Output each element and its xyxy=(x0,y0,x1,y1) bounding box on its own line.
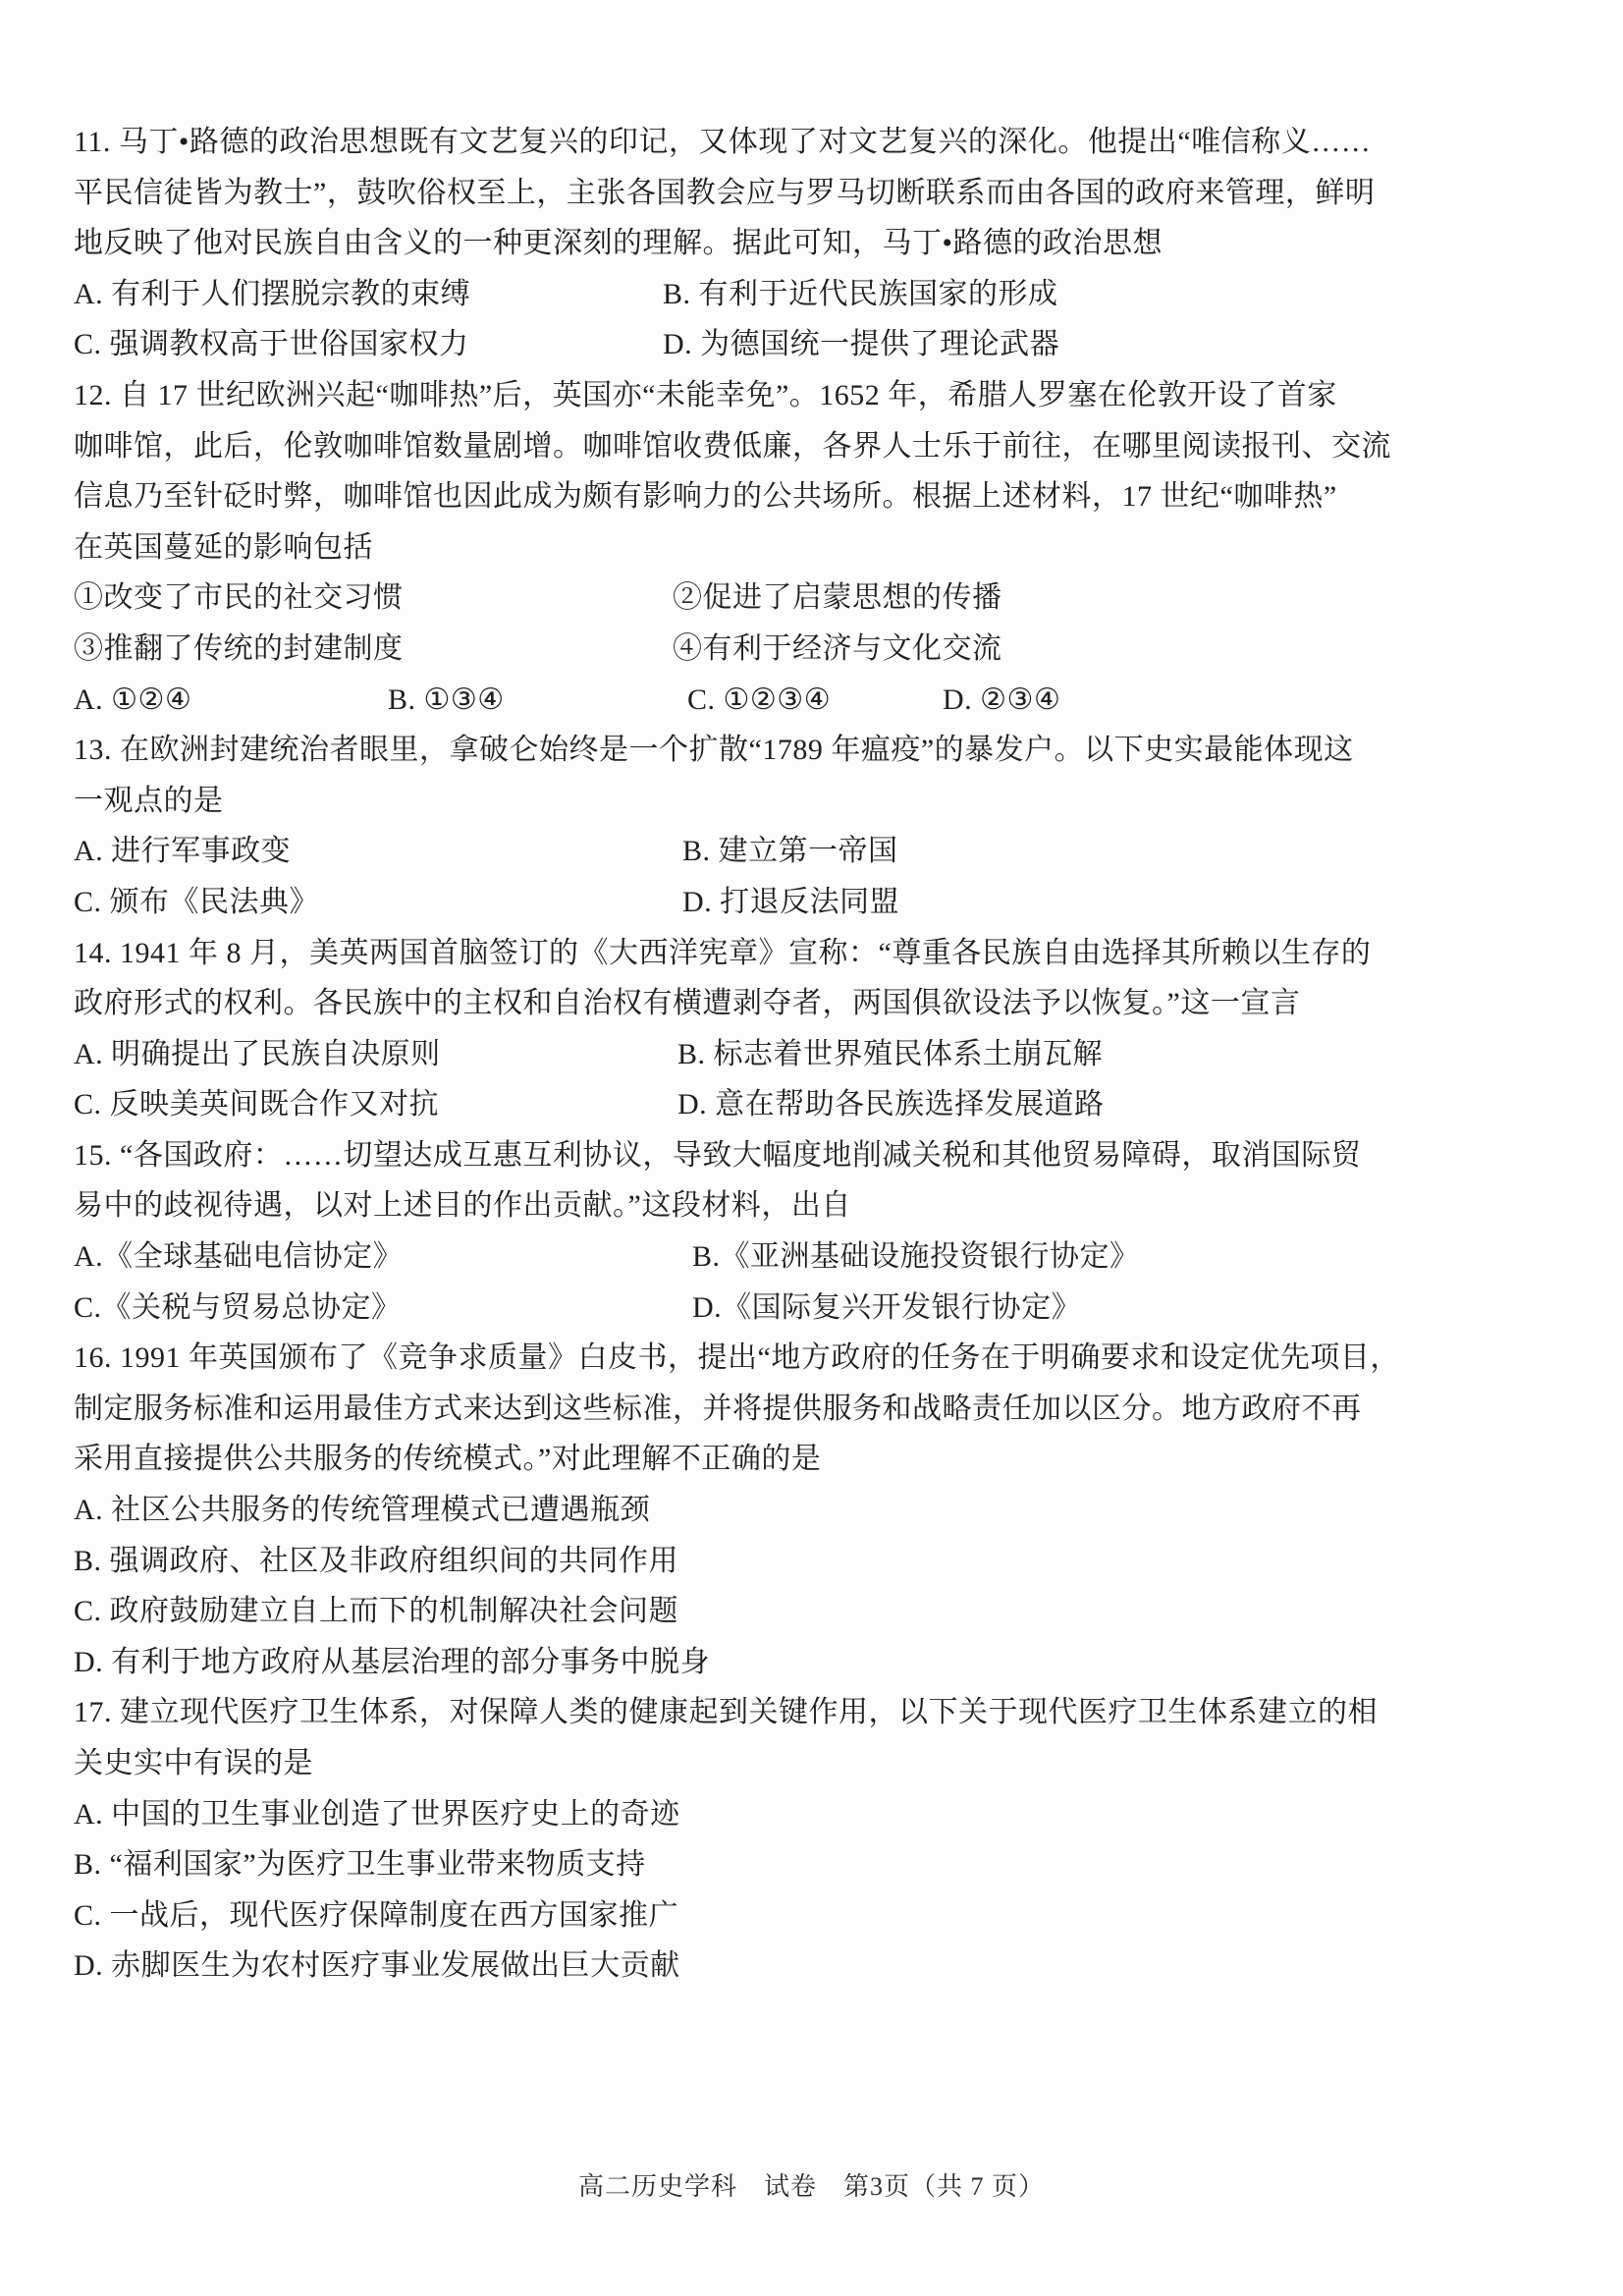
q12-answer-a: A. ①②④ xyxy=(74,675,388,726)
exam-content: 11. 马丁•路德的政治思想既有文艺复兴的印记，又体现了对文艺复兴的深化。他提出… xyxy=(74,117,1558,1992)
q13-options-row-2: C. 颁布《民法典》D. 打退反法同盟 xyxy=(74,877,1558,928)
q12-items-row-1: ①改变了市民的社交习惯②促进了启蒙思想的传播 xyxy=(74,573,1558,624)
q15-options-row-2: C.《关税与贸易总协定》D.《国际复兴开发银行协定》 xyxy=(74,1283,1558,1334)
q15-option-a: A.《全球基础电信协定》 xyxy=(74,1231,692,1283)
q11-option-c: C. 强调教权高于世俗国家权力 xyxy=(74,319,663,370)
q13-option-b: B. 建立第一帝国 xyxy=(682,835,898,867)
question-13: 13. 在欧洲封建统治者眼里，拿破仑始终是一个扩散“1789 年瘟疫”的暴发户。… xyxy=(74,725,1558,927)
exam-page: 11. 马丁•路德的政治思想既有文艺复兴的印记，又体现了对文艺复兴的深化。他提出… xyxy=(0,0,1623,2296)
q14-options-row-2: C. 反映美英间既合作又对抗D. 意在帮助各民族选择发展道路 xyxy=(74,1079,1558,1130)
q17-option-d: D. 赤脚医生为农村医疗事业发展做出巨大贡献 xyxy=(74,1941,1558,1992)
q16-option-a: A. 社区公共服务的传统管理模式已遭遇瓶颈 xyxy=(74,1485,1558,1536)
q14-option-d: D. 意在帮助各民族选择发展道路 xyxy=(677,1088,1105,1121)
q13-stem-line-2: 一观点的是 xyxy=(74,776,1558,827)
q16-option-c: C. 政府鼓励建立自上而下的机制解决社会问题 xyxy=(74,1586,1558,1637)
q13-options-row-1: A. 进行军事政变B. 建立第一帝国 xyxy=(74,826,1558,877)
q11-options-row-1: A. 有利于人们摆脱宗教的束缚B. 有利于近代民族国家的形成 xyxy=(74,269,1558,320)
q17-stem-line-1: 17. 建立现代医疗卫生体系，对保障人类的健康起到关键作用，以下关于现代医疗卫生… xyxy=(74,1687,1558,1738)
q14-options-row-1: A. 明确提出了民族自决原则B. 标志着世界殖民体系土崩瓦解 xyxy=(74,1029,1558,1080)
q16-option-d: D. 有利于地方政府从基层治理的部分事务中脱身 xyxy=(74,1637,1558,1688)
q15-options-row-1: A.《全球基础电信协定》B.《亚洲基础设施投资银行协定》 xyxy=(74,1231,1558,1283)
q17-option-b: B. “福利国家”为医疗卫生事业带来物质支持 xyxy=(74,1839,1558,1890)
q12-item-3: ③推翻了传统的封建制度 xyxy=(74,624,673,675)
question-12: 12. 自 17 世纪欧洲兴起“咖啡热”后，英国亦“未能幸免”。1652 年，希… xyxy=(74,370,1558,725)
question-11: 11. 马丁•路德的政治思想既有文艺复兴的印记，又体现了对文艺复兴的深化。他提出… xyxy=(74,117,1558,370)
q17-option-c: C. 一战后，现代医疗保障制度在西方国家推广 xyxy=(74,1890,1558,1941)
q14-option-b: B. 标志着世界殖民体系土崩瓦解 xyxy=(677,1038,1103,1070)
q12-item-4: ④有利于经济与文化交流 xyxy=(673,632,1002,665)
q12-item-1: ①改变了市民的社交习惯 xyxy=(74,573,673,624)
q14-option-c: C. 反映美英间既合作又对抗 xyxy=(74,1079,677,1130)
question-16: 16. 1991 年英国颁布了《竞争求质量》白皮书，提出“地方政府的任务在于明确… xyxy=(74,1333,1558,1687)
q12-stem-line-2: 咖啡馆，此后，伦敦咖啡馆数量剧增。咖啡馆收费低廉，各界人士乐于前往，在哪里阅读报… xyxy=(74,421,1558,472)
question-15: 15. “各国政府：……切望达成互惠互利协议，导致大幅度地削减关税和其他贸易障碍… xyxy=(74,1130,1558,1333)
q16-stem-line-3: 采用直接提供公共服务的传统模式。”对此理解不正确的是 xyxy=(74,1434,1558,1485)
q13-option-c: C. 颁布《民法典》 xyxy=(74,877,682,928)
q12-item-2: ②促进了启蒙思想的传播 xyxy=(673,581,1002,614)
q15-stem-line-1: 15. “各国政府：……切望达成互惠互利协议，导致大幅度地削减关税和其他贸易障碍… xyxy=(74,1130,1558,1181)
question-17: 17. 建立现代医疗卫生体系，对保障人类的健康起到关键作用，以下关于现代医疗卫生… xyxy=(74,1687,1558,1992)
q13-option-d: D. 打退反法同盟 xyxy=(682,886,899,918)
q14-option-a: A. 明确提出了民族自决原则 xyxy=(74,1029,677,1080)
q11-option-a: A. 有利于人们摆脱宗教的束缚 xyxy=(74,269,663,320)
q12-stem-line-1: 12. 自 17 世纪欧洲兴起“咖啡热”后，英国亦“未能幸免”。1652 年，希… xyxy=(74,370,1558,421)
q15-option-b: B.《亚洲基础设施投资银行协定》 xyxy=(692,1240,1140,1273)
q16-stem-line-2: 制定服务标准和运用最佳方式来达到这些标准，并将提供服务和战略责任加以区分。地方政… xyxy=(74,1384,1558,1435)
q11-option-d: D. 为德国统一提供了理论武器 xyxy=(663,328,1059,360)
q12-answers-row: A. ①②④B. ①③④C. ①②③④D. ②③④ xyxy=(74,675,1558,726)
page-footer: 高二历史学科 试卷 第3页（共 7 页） xyxy=(0,2162,1623,2212)
q11-stem-line-2: 平民信徒皆为教士”，鼓吹俗权至上，主张各国教会应与罗马切断联系而由各国的政府来管… xyxy=(74,168,1558,219)
q11-options-row-2: C. 强调教权高于世俗国家权力D. 为德国统一提供了理论武器 xyxy=(74,319,1558,370)
q15-stem-line-2: 易中的歧视待遇，以对上述目的作出贡献。”这段材料，出自 xyxy=(74,1180,1558,1231)
q12-stem-line-3: 信息乃至针砭时弊，咖啡馆也因此成为颇有影响力的公共场所。根据上述材料，17 世纪… xyxy=(74,471,1558,522)
q17-option-a: A. 中国的卫生事业创造了世界医疗史上的奇迹 xyxy=(74,1789,1558,1840)
q16-stem-line-1: 16. 1991 年英国颁布了《竞争求质量》白皮书，提出“地方政府的任务在于明确… xyxy=(74,1333,1558,1384)
q13-option-a: A. 进行军事政变 xyxy=(74,826,682,877)
q16-option-b: B. 强调政府、社区及非政府组织间的共同作用 xyxy=(74,1536,1558,1587)
q14-stem-line-2: 政府形式的权利。各民族中的主权和自治权有横遭剥夺者，两国俱欲设法予以恢复。”这一… xyxy=(74,978,1558,1029)
q12-answer-d: D. ②③④ xyxy=(943,683,1060,716)
q17-stem-line-2: 关史实中有误的是 xyxy=(74,1738,1558,1789)
q13-stem-line-1: 13. 在欧洲封建统治者眼里，拿破仑始终是一个扩散“1789 年瘟疫”的暴发户。… xyxy=(74,725,1558,776)
q15-option-d: D.《国际复兴开发银行协定》 xyxy=(692,1291,1081,1324)
q12-stem-line-4: 在英国蔓延的影响包括 xyxy=(74,522,1558,574)
q14-stem-line-1: 14. 1941 年 8 月，美英两国首脑签订的《大西洋宪章》宣称：“尊重各民族… xyxy=(74,928,1558,979)
q12-items-row-2: ③推翻了传统的封建制度④有利于经济与文化交流 xyxy=(74,624,1558,675)
q12-answer-b: B. ①③④ xyxy=(388,675,687,726)
q11-stem-line-3: 地反映了他对民族自由含义的一种更深刻的理解。据此可知，马丁•路德的政治思想 xyxy=(74,218,1558,269)
q11-option-b: B. 有利于近代民族国家的形成 xyxy=(663,278,1058,310)
q15-option-c: C.《关税与贸易总协定》 xyxy=(74,1283,692,1334)
q11-stem-line-1: 11. 马丁•路德的政治思想既有文艺复兴的印记，又体现了对文艺复兴的深化。他提出… xyxy=(74,117,1558,168)
q12-answer-c: C. ①②③④ xyxy=(687,675,943,726)
question-14: 14. 1941 年 8 月，美英两国首脑签订的《大西洋宪章》宣称：“尊重各民族… xyxy=(74,928,1558,1130)
